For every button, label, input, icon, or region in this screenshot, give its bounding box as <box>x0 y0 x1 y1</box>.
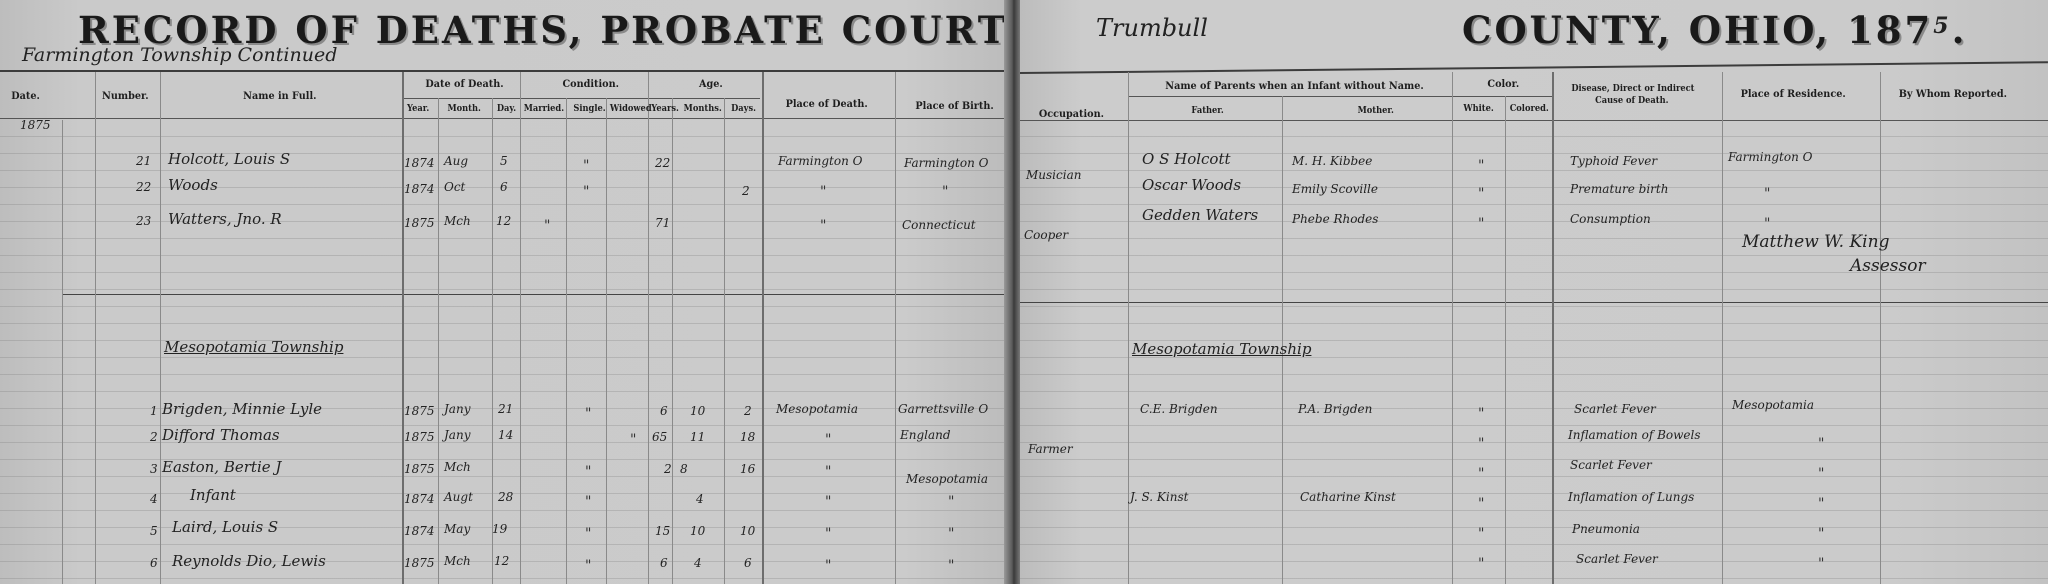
row-single: " <box>585 558 591 574</box>
header-date-of-death: Date of Death. <box>425 78 503 90</box>
row-name: Laird, Louis S <box>172 518 278 536</box>
row-disease: Scarlet Fever <box>1570 458 1652 472</box>
col-divider <box>1505 96 1506 584</box>
header-year: Year. <box>407 104 429 114</box>
col-divider <box>95 72 96 584</box>
header-age: Age. <box>699 78 723 90</box>
header-occupation: Occupation. <box>1039 108 1104 120</box>
row-residence: Farmington O <box>1728 150 1812 164</box>
col-divider <box>648 72 649 584</box>
date-year: 1875 <box>20 118 51 132</box>
header-mother: Mother. <box>1358 106 1394 116</box>
header-name: Name in Full. <box>243 90 316 102</box>
row-day: 21 <box>498 402 513 416</box>
header-condition: Condition. <box>562 78 619 90</box>
title-period: . <box>1952 8 1968 52</box>
row-day: 6 <box>500 180 508 194</box>
row-residence: " <box>1818 556 1824 572</box>
right-page-title: COUNTY, OHIO, 1875. <box>1462 8 1967 52</box>
row-month: Mch <box>444 214 471 228</box>
row-white: " <box>1478 186 1484 202</box>
row-mother: P.A. Brigden <box>1298 402 1372 416</box>
section-continued-label: Farmington Township Continued <box>22 44 337 66</box>
row-name: Difford Thomas <box>162 426 280 444</box>
row-number: 2 <box>150 430 158 444</box>
title-year-digit: 5 <box>1933 13 1951 39</box>
row-place-of-birth: " <box>948 558 954 574</box>
row-place-of-birth: England <box>900 428 951 442</box>
row-white: " <box>1478 216 1484 232</box>
row-month: Mch <box>444 554 471 568</box>
header-parents: Name of Parents when an Infant without N… <box>1165 80 1423 92</box>
row-place-of-death: " <box>825 464 831 480</box>
row-single: " <box>583 158 589 174</box>
row-disease: Consumption <box>1570 212 1651 226</box>
row-disease: Scarlet Fever <box>1574 402 1656 416</box>
row-name: Easton, Bertie J <box>162 458 281 476</box>
row-white: " <box>1478 466 1484 482</box>
header-disease: Disease, Direct or Indirect <box>1571 84 1694 94</box>
subheader-rule <box>1128 96 1552 97</box>
header-widowed: Widowed <box>610 104 652 114</box>
row-number: 3 <box>150 462 158 476</box>
header-color: Color. <box>1487 78 1519 90</box>
row-years: 65 <box>652 430 667 444</box>
row-single: " <box>585 526 591 542</box>
row-number: 23 <box>136 214 151 228</box>
row-white: " <box>1478 526 1484 542</box>
row-father: Gedden Waters <box>1142 206 1258 224</box>
reporter-title: Assessor <box>1850 256 1926 276</box>
row-residence: " <box>1764 216 1770 232</box>
row-place-of-death: Mesopotamia <box>776 402 858 416</box>
row-place-of-death: " <box>820 184 826 200</box>
row-years: 2 <box>664 462 672 476</box>
row-disease: Premature birth <box>1570 182 1668 196</box>
row-father: Oscar Woods <box>1142 176 1241 194</box>
col-divider <box>895 72 896 584</box>
row-month: Oct <box>444 180 465 194</box>
row-name: Reynolds Dio, Lewis <box>172 552 326 570</box>
section-divider <box>62 294 1006 295</box>
col-divider <box>1722 72 1723 584</box>
row-residence: " <box>1818 466 1824 482</box>
col-divider <box>762 72 764 584</box>
col-divider <box>520 72 521 584</box>
row-month: May <box>444 522 470 536</box>
row-residence: " <box>1764 186 1770 202</box>
row-disease: Inflamation of Bowels <box>1568 428 1700 442</box>
row-disease: Typhoid Fever <box>1570 154 1657 168</box>
row-month: Aug <box>444 154 468 168</box>
row-disease: Inflamation of Lungs <box>1568 490 1694 504</box>
row-white: " <box>1478 496 1484 512</box>
row-white: " <box>1478 436 1484 452</box>
right-page: Trumbull COUNTY, OHIO, 1875. Occupation.… <box>1020 0 2048 584</box>
row-name: Watters, Jno. R <box>168 210 282 228</box>
header-top-rule <box>1020 61 2048 74</box>
header-number: Number. <box>102 90 149 102</box>
header-father: Father. <box>1191 106 1223 116</box>
row-place-of-birth: " <box>948 494 954 510</box>
row-occupation: Cooper <box>1024 228 1068 242</box>
row-number: 1 <box>150 404 158 418</box>
row-month: Jany <box>444 402 470 416</box>
row-occupation: Farmer <box>1028 442 1073 456</box>
row-number: 21 <box>136 154 151 168</box>
col-divider <box>438 98 439 584</box>
row-year: 1875 <box>404 430 435 444</box>
row-months: 4 <box>694 556 702 570</box>
row-year: 1874 <box>404 156 435 170</box>
col-divider <box>62 120 63 584</box>
row-month: Mch <box>444 460 471 474</box>
col-divider <box>1552 72 1554 584</box>
col-divider <box>1880 72 1881 584</box>
col-divider <box>566 98 567 584</box>
header-residence: Place of Residence. <box>1741 88 1846 100</box>
row-single: " <box>583 184 589 200</box>
row-place-of-birth: " <box>942 184 948 200</box>
row-place-of-death: " <box>825 432 831 448</box>
row-father: J. S. Kinst <box>1130 490 1188 504</box>
row-year: 1875 <box>404 556 435 570</box>
header-days: Days. <box>731 104 756 114</box>
row-year: 1875 <box>404 216 435 230</box>
left-page: RECORD OF DEATHS, PROBATE COURT, Farming… <box>0 0 1006 584</box>
row-single: " <box>585 406 591 422</box>
row-name: Brigden, Minnie Lyle <box>162 400 322 418</box>
header-colored: Colored. <box>1510 104 1549 114</box>
row-day: 5 <box>500 154 508 168</box>
row-widowed: " <box>630 432 636 448</box>
row-days: 2 <box>742 184 750 198</box>
row-days: 10 <box>740 524 755 538</box>
row-days: 6 <box>744 556 752 570</box>
row-months: 11 <box>690 430 705 444</box>
header-date: Date. <box>11 90 40 102</box>
header-reported: By Whom Reported. <box>1899 88 2007 100</box>
row-number: 4 <box>150 492 158 506</box>
row-years: 15 <box>655 524 670 538</box>
row-day: 14 <box>498 428 513 442</box>
row-year: 1875 <box>404 462 435 476</box>
row-months: 10 <box>690 524 705 538</box>
row-year: 1875 <box>404 404 435 418</box>
row-months: 8 <box>680 462 688 476</box>
row-residence: " <box>1818 496 1824 512</box>
row-name: Infant <box>190 486 236 504</box>
row-number: 22 <box>136 180 151 194</box>
col-divider <box>160 72 161 584</box>
col-divider <box>1128 72 1129 584</box>
row-years: 6 <box>660 404 668 418</box>
header-bottom-rule <box>0 118 1006 119</box>
row-years: 22 <box>655 156 670 170</box>
row-year: 1874 <box>404 524 435 538</box>
row-months: 4 <box>696 492 704 506</box>
row-place-of-birth: Connecticut <box>902 218 976 232</box>
row-name: Woods <box>168 176 218 194</box>
header-day: Day. <box>497 104 516 114</box>
header-bottom-rule <box>1020 120 2048 121</box>
header-married: Married. <box>524 104 564 114</box>
header-month: Month. <box>447 104 480 114</box>
row-place-of-birth: Mesopotamia <box>906 472 988 486</box>
row-number: 6 <box>150 556 158 570</box>
row-residence: " <box>1818 436 1824 452</box>
row-place-of-death: Farmington O <box>778 154 862 168</box>
row-single: " <box>585 464 591 480</box>
row-single: " <box>585 494 591 510</box>
row-white: " <box>1478 556 1484 572</box>
col-divider <box>672 98 673 584</box>
row-mother: Phebe Rhodes <box>1292 212 1378 226</box>
row-place-of-death: " <box>825 526 831 542</box>
mesopotamia-heading-right: Mesopotamia Township <box>1132 340 1311 358</box>
row-years: 6 <box>660 556 668 570</box>
mesopotamia-heading-left: Mesopotamia Township <box>164 338 343 356</box>
header-months: Months. <box>684 104 722 114</box>
row-occupation: Musician <box>1026 168 1081 182</box>
row-place-of-birth: " <box>948 526 954 542</box>
header-single: Single. <box>573 104 605 114</box>
row-days: 2 <box>744 404 752 418</box>
subheader-rule <box>402 98 760 99</box>
row-year: 1874 <box>404 492 435 506</box>
row-mother: M. H. Kibbee <box>1292 154 1372 168</box>
header-disease-line2: Cause of Death. <box>1595 96 1668 106</box>
section-divider <box>1020 302 2048 303</box>
row-white: " <box>1478 406 1484 422</box>
col-divider <box>1452 72 1453 584</box>
row-month: Jany <box>444 428 470 442</box>
reporter-name: Matthew W. King <box>1742 232 1889 252</box>
row-years: 71 <box>655 216 670 230</box>
row-residence: Mesopotamia <box>1732 398 1814 412</box>
row-father: O S Holcott <box>1142 150 1231 168</box>
row-mother: Emily Scoville <box>1292 182 1378 196</box>
col-divider <box>606 98 607 584</box>
row-father: C.E. Brigden <box>1140 402 1218 416</box>
header-place-of-birth: Place of Birth. <box>915 100 993 112</box>
title-text: COUNTY, OHIO, 187 <box>1462 8 1933 52</box>
header-top-rule <box>0 70 1006 72</box>
row-place-of-birth: Garrettsville O <box>898 402 988 416</box>
row-year: 1874 <box>404 182 435 196</box>
header-white: White. <box>1463 104 1493 114</box>
row-day: 19 <box>492 522 507 536</box>
row-place-of-death: " <box>825 558 831 574</box>
col-divider <box>724 98 725 584</box>
row-disease: Scarlet Fever <box>1576 552 1658 566</box>
col-divider <box>492 98 493 584</box>
header-years: Years. <box>651 104 679 114</box>
county-handwritten: Trumbull <box>1096 14 1208 42</box>
row-mother: Catharine Kinst <box>1300 490 1396 504</box>
row-place-of-birth: Farmington O <box>904 156 988 170</box>
row-month: Augt <box>444 490 473 504</box>
row-disease: Pneumonia <box>1572 522 1640 536</box>
row-place-of-death: " <box>820 218 826 234</box>
row-name: Holcott, Louis S <box>168 150 290 168</box>
col-divider <box>402 72 404 584</box>
row-day: 12 <box>496 214 511 228</box>
header-place-of-death: Place of Death. <box>786 98 868 110</box>
row-days: 18 <box>740 430 755 444</box>
row-day: 28 <box>498 490 513 504</box>
row-white: " <box>1478 158 1484 174</box>
row-number: 5 <box>150 524 158 538</box>
row-months: 10 <box>690 404 705 418</box>
row-days: 16 <box>740 462 755 476</box>
row-day: 12 <box>494 554 509 568</box>
row-place-of-death: " <box>825 494 831 510</box>
row-married: " <box>544 218 550 234</box>
row-residence: " <box>1818 526 1824 542</box>
